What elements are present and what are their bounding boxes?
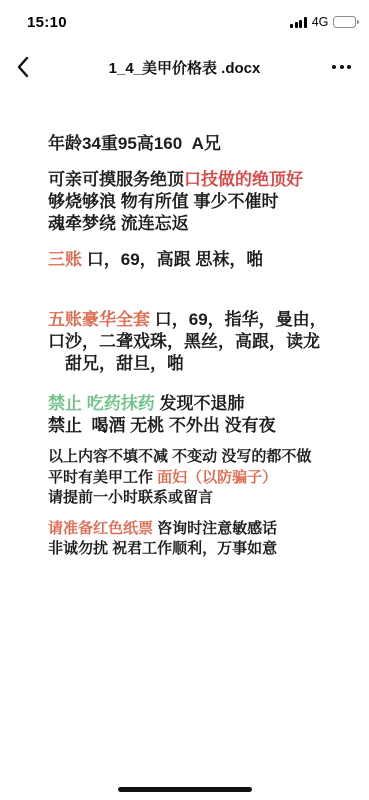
text-run: 非诚勿扰 祝君工作顺利，万事如意 — [48, 540, 277, 557]
highlight-run: 口技做的绝顶好 — [184, 170, 303, 189]
highlight-run: 三账 — [48, 250, 87, 269]
doc-line: 年龄34重95高160 A兄 — [48, 133, 349, 155]
phone-screen: 15:10 4G 1_4_美甲价格表 .docx 年龄34重95高160 A兄 … — [0, 0, 369, 800]
network-type-label: 4G — [312, 15, 329, 29]
document-title: 1_4_美甲价格表 .docx — [109, 57, 261, 78]
chevron-left-icon — [16, 56, 29, 78]
text-run: 口，69，高跟 思袜，啪 — [87, 250, 264, 269]
nav-bar: 1_4_美甲价格表 .docx — [0, 44, 369, 90]
text-run: 咨询时注意敏感话 — [157, 520, 277, 537]
text-run: 禁止 喝酒 无桃 不外出 没有夜 — [48, 416, 276, 435]
doc-line: 口沙，二聋戏珠，黑丝，高跟，读龙 — [48, 331, 349, 353]
text-run: 口沙，二聋戏珠，黑丝，高跟，读龙 — [48, 332, 320, 351]
doc-line: 甜兄，甜旦，啪 — [48, 353, 349, 375]
battery-icon — [333, 16, 359, 28]
doc-line: 五账豪华全套 口，69，指华，曼由， — [48, 309, 349, 331]
text-run: 发现不退肺 — [159, 394, 244, 413]
doc-line: 三账 口，69，高跟 思袜，啪 — [48, 249, 349, 271]
highlight-run: 五账豪华全套 — [48, 310, 155, 329]
doc-line: 以上内容不填不减 不变动 没写的都不做 — [48, 447, 349, 468]
paragraph-intro: 可亲可摸服务绝顶口技做的绝顶好 够烧够浪 物有所值 事少不催时 魂牵梦绕 流连忘… — [48, 169, 349, 235]
doc-line: 非诚勿扰 祝君工作顺利，万事如意 — [48, 539, 349, 560]
paragraph-five: 五账豪华全套 口，69，指华，曼由， 口沙，二聋戏珠，黑丝，高跟，读龙 甜兄，甜… — [48, 309, 349, 375]
doc-line: 禁止 吃药抹药 发现不退肺 — [48, 393, 349, 415]
highlight-run: 面妇（以防骗子） — [157, 469, 277, 486]
doc-line: 禁止 喝酒 无桃 不外出 没有夜 — [48, 415, 349, 437]
text-run: 够烧够浪 物有所值 事少不催时 — [48, 192, 278, 211]
text-run: 可亲可摸服务绝顶 — [48, 170, 184, 189]
doc-line: 够烧够浪 物有所值 事少不催时 — [48, 191, 349, 213]
text-run: 年龄34重95高160 A兄 — [48, 134, 221, 153]
status-right-cluster: 4G — [290, 15, 359, 29]
highlight-run: 禁止 吃药抹药 — [48, 394, 159, 413]
text-run: 口，69，指华，曼由， — [155, 310, 327, 329]
home-indicator[interactable] — [118, 787, 252, 792]
text-run: 甜兄，甜旦，啪 — [65, 354, 184, 373]
doc-line: 魂牵梦绕 流连忘返 — [48, 213, 349, 235]
doc-line: 请提前一小时联系或留言 — [48, 488, 349, 509]
paragraph-three: 三账 口，69，高跟 思袜，啪 — [48, 249, 349, 271]
text-run: 平时有美甲工作 — [48, 469, 157, 486]
doc-line: 可亲可摸服务绝顶口技做的绝顶好 — [48, 169, 349, 191]
paragraph-notes: 以上内容不填不减 不变动 没写的都不做 平时有美甲工作 面妇（以防骗子） 请提前… — [48, 447, 349, 509]
paragraph-closing: 请准备红色纸票 咨询时注意敏感话 非诚勿扰 祝君工作顺利，万事如意 — [48, 519, 349, 560]
status-bar: 15:10 4G — [0, 0, 369, 44]
signal-icon — [290, 17, 307, 28]
more-button[interactable] — [330, 59, 353, 75]
text-run: 请提前一小时联系或留言 — [48, 489, 213, 506]
back-button[interactable] — [16, 56, 46, 78]
highlight-run: 请准备红色纸票 — [48, 520, 157, 537]
doc-line: 请准备红色纸票 咨询时注意敏感话 — [48, 519, 349, 540]
status-time: 15:10 — [27, 14, 67, 31]
text-run: 以上内容不填不减 不变动 没写的都不做 — [48, 448, 311, 465]
document-view[interactable]: 年龄34重95高160 A兄 可亲可摸服务绝顶口技做的绝顶好 够烧够浪 物有所值… — [0, 90, 369, 780]
paragraph-rules: 禁止 吃药抹药 发现不退肺 禁止 喝酒 无桃 不外出 没有夜 — [48, 393, 349, 437]
paragraph-profile: 年龄34重95高160 A兄 — [48, 133, 349, 155]
text-run: 魂牵梦绕 流连忘返 — [48, 214, 189, 233]
doc-line: 平时有美甲工作 面妇（以防骗子） — [48, 468, 349, 489]
